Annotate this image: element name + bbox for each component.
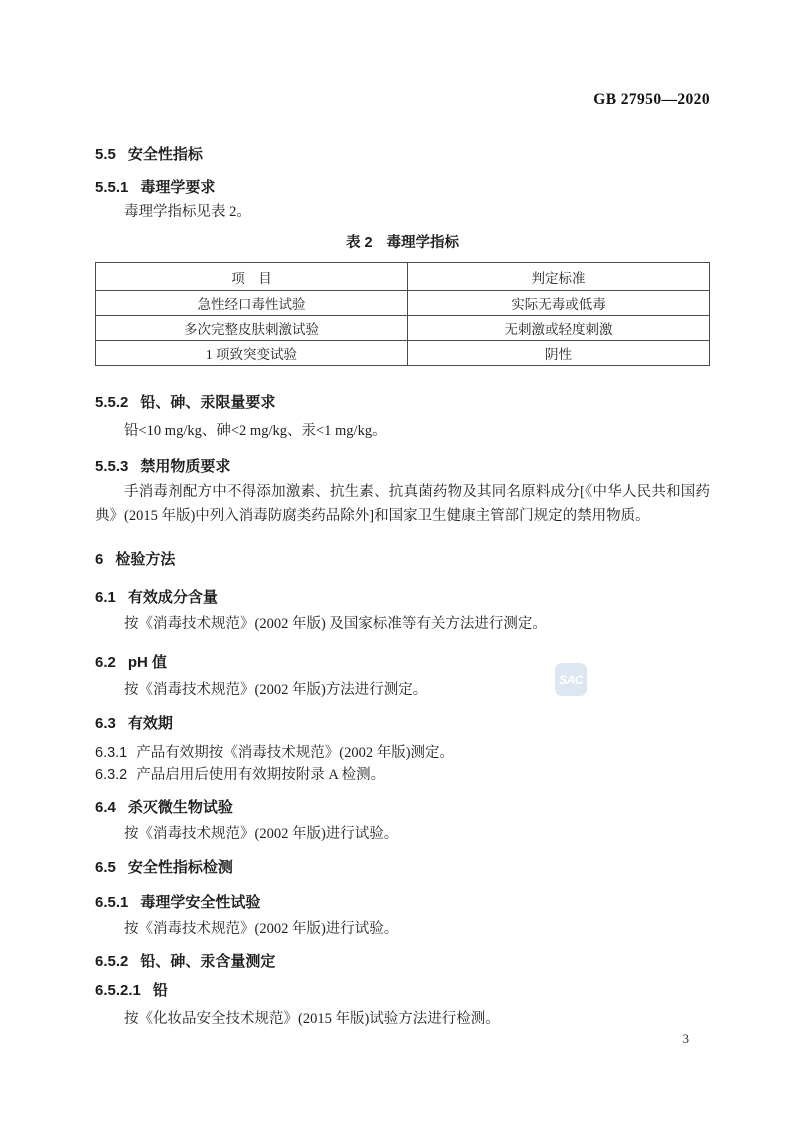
- clause-number: 6.5: [95, 859, 116, 876]
- clause-number: 6.3.1: [95, 745, 127, 761]
- clause-title: 铅、砷、汞含量测定: [140, 953, 275, 970]
- clause-number: 5.5: [95, 146, 116, 163]
- clause-6-3-1: 6.3.1产品有效期按《消毒技术规范》(2002 年版)测定。: [95, 741, 710, 762]
- clause-6-3-2: 6.3.2产品启用后使用有效期按附录 A 检测。: [95, 763, 710, 784]
- heading-6-5: 6.5安全性指标检测: [95, 856, 710, 877]
- clause-text: 产品启用后使用有效期按附录 A 检测。: [136, 767, 385, 783]
- table-2-toxicology-indicators: 项 目 判定标准 急性经口毒性试验 实际无毒或低毒 多次完整皮肤刺激试验 无刺激…: [95, 262, 710, 366]
- heading-6: 6检验方法: [95, 548, 710, 569]
- table-cell: 多次完整皮肤刺激试验: [96, 316, 408, 341]
- clause-title: 有效期: [128, 715, 173, 732]
- table-cell: 阴性: [407, 341, 709, 366]
- clause-number: 5.5.1: [95, 179, 128, 196]
- clause-title: 毒理学安全性试验: [140, 894, 260, 911]
- heading-6-5-1: 6.5.1毒理学安全性试验: [95, 891, 710, 912]
- table-title: 毒理学指标: [387, 235, 460, 251]
- table-cell: 急性经口毒性试验: [96, 291, 408, 316]
- clause-title: 禁用物质要求: [140, 458, 230, 475]
- table-number: 表 2: [346, 235, 373, 251]
- clause-title: 毒理学要求: [140, 179, 215, 196]
- clause-number: 6.3.2: [95, 767, 127, 783]
- paragraph-6-2: 按《消毒技术规范》(2002 年版)方法进行测定。: [95, 679, 710, 703]
- watermark-label: SAC: [559, 673, 583, 687]
- heading-6-4: 6.4杀灭微生物试验: [95, 796, 710, 817]
- paragraph-6-5-2-1: 按《化妆品安全技术规范》(2015 年版)试验方法进行检测。: [95, 1008, 710, 1032]
- paragraph-5-5-3: 手消毒剂配方中不得添加激素、抗生素、抗真菌药物及其同名原料成分[《中华人民共和国…: [95, 481, 710, 528]
- table-cell: 实际无毒或低毒: [407, 291, 709, 316]
- clause-title: 铅、砷、汞限量要求: [140, 394, 275, 411]
- paragraph-5-5-1: 毒理学指标见表 2。: [95, 201, 710, 225]
- table-row: 急性经口毒性试验 实际无毒或低毒: [96, 291, 710, 316]
- heading-5-5-3: 5.5.3禁用物质要求: [95, 455, 710, 476]
- table-cell: 1 项致突变试验: [96, 341, 408, 366]
- clause-title: 铅: [153, 982, 168, 999]
- clause-number: 6.4: [95, 799, 116, 816]
- clause-text: 产品有效期按《消毒技术规范》(2002 年版)测定。: [136, 745, 454, 761]
- clause-title: 杀灭微生物试验: [128, 799, 233, 816]
- paragraph-6-4: 按《消毒技术规范》(2002 年版)进行试验。: [95, 823, 710, 847]
- page-number: 3: [95, 1031, 710, 1047]
- heading-5-5: 5.5安全性指标: [95, 143, 710, 164]
- paragraph-6-5-1: 按《消毒技术规范》(2002 年版)进行试验。: [95, 918, 710, 942]
- heading-6-3: 6.3有效期: [95, 712, 710, 733]
- clause-title: 有效成分含量: [128, 589, 218, 606]
- clause-number: 6.5.2.1: [95, 982, 141, 999]
- paragraph-5-5-2: 铅<10 mg/kg、砷<2 mg/kg、汞<1 mg/kg。: [95, 420, 710, 444]
- clause-title: 安全性指标检测: [128, 859, 233, 876]
- heading-5-5-2: 5.5.2铅、砷、汞限量要求: [95, 391, 710, 412]
- heading-6-1: 6.1有效成分含量: [95, 586, 710, 607]
- table-header-criteria: 判定标准: [407, 263, 709, 291]
- clause-number: 5.5.3: [95, 458, 128, 475]
- clause-title: 检验方法: [115, 551, 175, 568]
- paragraph-6-1: 按《消毒技术规范》(2002 年版) 及国家标准等有关方法进行测定。: [95, 613, 710, 637]
- clause-number: 6.5.2: [95, 953, 128, 970]
- table-header-item: 项 目: [96, 263, 408, 291]
- document-page: GB 27950—2020 5.5安全性指标 5.5.1毒理学要求 毒理学指标见…: [0, 0, 794, 1122]
- clause-number: 5.5.2: [95, 394, 128, 411]
- heading-6-2: 6.2pH 值: [95, 651, 710, 672]
- table-cell: 无刺激或轻度刺激: [407, 316, 709, 341]
- standard-code: GB 27950—2020: [95, 91, 710, 109]
- table-row: 多次完整皮肤刺激试验 无刺激或轻度刺激: [96, 316, 710, 341]
- sac-watermark-icon: SAC: [555, 663, 587, 696]
- heading-6-5-2-1: 6.5.2.1铅: [95, 979, 710, 1000]
- table-header-row: 项 目 判定标准: [96, 263, 710, 291]
- table-caption: 表 2毒理学指标: [95, 231, 710, 252]
- clause-number: 6.3: [95, 715, 116, 732]
- clause-title: pH 值: [128, 654, 167, 671]
- clause-number: 6.2: [95, 654, 116, 671]
- clause-number: 6: [95, 551, 103, 568]
- heading-6-5-2: 6.5.2铅、砷、汞含量测定: [95, 950, 710, 971]
- clause-number: 6.5.1: [95, 894, 128, 911]
- clause-title: 安全性指标: [128, 146, 203, 163]
- table-row: 1 项致突变试验 阴性: [96, 341, 710, 366]
- heading-5-5-1: 5.5.1毒理学要求: [95, 176, 710, 197]
- clause-number: 6.1: [95, 589, 116, 606]
